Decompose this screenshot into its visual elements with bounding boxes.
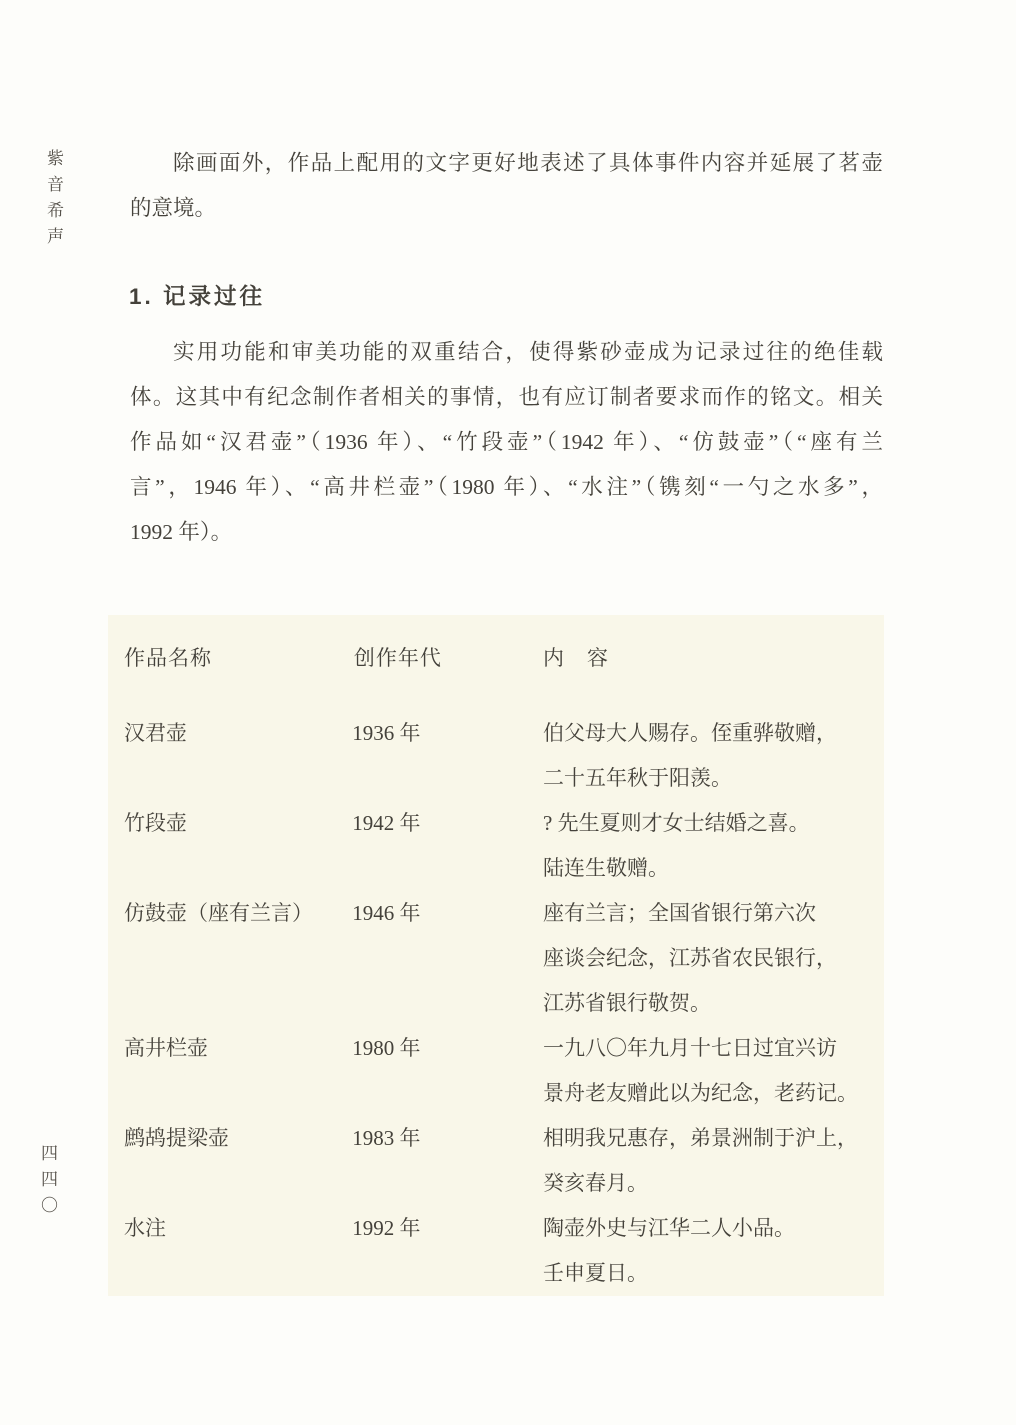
content-line: 座谈会纪念，江苏省农民银行， <box>543 936 884 981</box>
content-line: 陶壶外史与江华二人小品。 <box>543 1206 884 1251</box>
table-body: 汉君壶 1936 年 伯父母大人赐存。侄重骅敬赠， 二十五年秋于阳羡。 竹段壶 … <box>108 711 884 1296</box>
body-line: 作品如“汉君壶”（1936 年）、“竹段壶”（1942 年）、“仿鼓壶”（“座有… <box>130 420 883 465</box>
work-name: 水注 <box>124 1206 333 1251</box>
content-line: 江苏省银行敬贺。 <box>543 981 884 1026</box>
body-line: 1992 年）。 <box>130 510 883 555</box>
work-content: 伯父母大人赐存。侄重骅敬赠， 二十五年秋于阳羡。 <box>543 711 884 801</box>
work-name: 竹段壶 <box>124 801 333 846</box>
table-header-left: 作品名称 创作年代 <box>124 636 442 681</box>
work-name: 汉君壶 <box>124 711 333 756</box>
intro-line: 除画面外，作品上配用的文字更好地表述了具体事件内容并延展了茗壶 <box>130 141 883 186</box>
page-number-vertical: 四四〇 <box>35 1144 60 1222</box>
body-line: 体。这其中有纪念制作者相关的事情，也有应订制者要求而作的铭文。相关 <box>130 375 883 420</box>
book-page: 紫音希声 四四〇 除画面外，作品上配用的文字更好地表述了具体事件内容并延展了茗壶… <box>0 0 1016 1425</box>
content-line: 陆连生敬赠。 <box>543 846 884 891</box>
table-header-row: 作品名称 创作年代 内 容 <box>108 636 884 681</box>
work-content: 一九八〇年九月十七日过宜兴访 景舟老友赠此以为纪念，老药记。 <box>543 1026 884 1116</box>
work-year: 1942 年 <box>352 801 420 846</box>
content-line: 一九八〇年九月十七日过宜兴访 <box>543 1026 884 1071</box>
work-content: 陶壶外史与江华二人小品。 壬申夏日。 <box>543 1206 884 1296</box>
work-content: 相明我兄惠存，弟景洲制于沪上， 癸亥春月。 <box>543 1116 884 1206</box>
col-header-year: 创作年代 <box>354 636 442 681</box>
table-row: 仿鼓壶（座有兰言） 1946 年 座有兰言；全国省银行第六次 座谈会纪念，江苏省… <box>108 891 884 1026</box>
work-name: 仿鼓壶（座有兰言） <box>124 891 333 936</box>
work-year: 1992 年 <box>352 1206 420 1251</box>
content-line: ? 先生夏则才女士结婚之喜。 <box>543 801 884 846</box>
table-row: 鹧鸪提梁壶 1983 年 相明我兄惠存，弟景洲制于沪上， 癸亥春月。 <box>108 1116 884 1206</box>
content-line: 癸亥春月。 <box>543 1161 884 1206</box>
content-line: 伯父母大人赐存。侄重骅敬赠， <box>543 711 884 756</box>
work-content: ? 先生夏则才女士结婚之喜。 陆连生敬赠。 <box>543 801 884 891</box>
table-row: 水注 1992 年 陶壶外史与江华二人小品。 壬申夏日。 <box>108 1206 884 1296</box>
work-year: 1980 年 <box>352 1026 420 1071</box>
work-year: 1983 年 <box>352 1116 420 1161</box>
col-header-content-wrap: 内 容 <box>543 636 884 681</box>
col-header-content: 内 容 <box>543 636 884 681</box>
intro-line: 的意境。 <box>130 186 883 231</box>
intro-paragraph: 除画面外，作品上配用的文字更好地表述了具体事件内容并延展了茗壶 的意境。 <box>130 141 883 231</box>
body-line: 实用功能和审美功能的双重结合，使得紫砂壶成为记录过往的绝佳载 <box>130 330 883 375</box>
table-row: 高井栏壶 1980 年 一九八〇年九月十七日过宜兴访 景舟老友赠此以为纪念，老药… <box>108 1026 884 1116</box>
body-paragraph: 实用功能和审美功能的双重结合，使得紫砂壶成为记录过往的绝佳载 体。这其中有纪念制… <box>130 330 883 555</box>
table-row: 竹段壶 1942 年 ? 先生夏则才女士结婚之喜。 陆连生敬赠。 <box>108 801 884 891</box>
section-heading: 1. 记录过往 <box>129 283 265 311</box>
work-year: 1946 年 <box>352 891 420 936</box>
content-line: 座有兰言；全国省银行第六次 <box>543 891 884 936</box>
content-line: 壬申夏日。 <box>543 1251 884 1296</box>
col-header-name: 作品名称 <box>124 636 333 681</box>
work-content: 座有兰言；全国省银行第六次 座谈会纪念，江苏省农民银行， 江苏省银行敬贺。 <box>543 891 884 1026</box>
body-line: 言”，1946 年）、“高井栏壶”（1980 年）、“水注”（镌刻“一勺之水多”… <box>130 465 883 510</box>
work-year: 1936 年 <box>352 711 420 756</box>
work-name: 高井栏壶 <box>124 1026 333 1071</box>
content-line: 景舟老友赠此以为纪念，老药记。 <box>543 1071 884 1116</box>
content-line: 二十五年秋于阳羡。 <box>543 756 884 801</box>
content-line: 相明我兄惠存，弟景洲制于沪上， <box>543 1116 884 1161</box>
works-table: 作品名称 创作年代 内 容 汉君壶 1936 年 伯父母大人赐存。侄重骅敬赠， … <box>108 615 884 1296</box>
table-row: 汉君壶 1936 年 伯父母大人赐存。侄重骅敬赠， 二十五年秋于阳羡。 <box>108 711 884 801</box>
work-name: 鹧鸪提梁壶 <box>124 1116 333 1161</box>
book-title-vertical: 紫音希声 <box>41 149 66 253</box>
